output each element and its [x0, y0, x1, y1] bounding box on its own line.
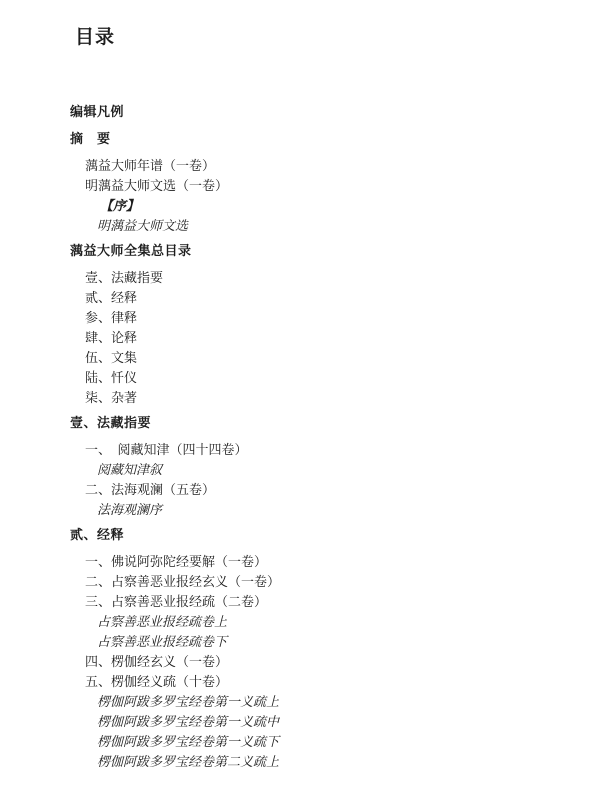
toc-entry: 一、 阅藏知津（四十四卷）	[70, 440, 560, 460]
toc-entry: 二、法海观澜（五卷）	[70, 480, 560, 500]
toc-entry: 参、律释	[70, 308, 560, 328]
toc-entry: 四、楞伽经玄义（一卷）	[70, 652, 560, 672]
toc-entry: 一、佛说阿弥陀经要解（一卷）	[70, 552, 560, 572]
toc-entry: 陆、忏仪	[70, 368, 560, 388]
toc-entry: 伍、文集	[70, 348, 560, 368]
toc-entry: 蕅益大师年谱（一卷）	[70, 156, 560, 176]
toc-entry: 楞伽阿跋多罗宝经卷第一义疏下	[70, 732, 560, 752]
toc-section-header: 蕅益大师全集总目录	[70, 241, 560, 261]
toc-entry: 明蕅益大师文选	[70, 216, 560, 236]
toc-entry: 法海观澜序	[70, 500, 560, 520]
toc-section-header: 摘 要	[70, 129, 560, 149]
toc-section-header: 编辑凡例	[70, 102, 560, 122]
toc-entry: 五、楞伽经义疏（十卷）	[70, 672, 560, 692]
toc-section-header: 壹、法藏指要	[70, 413, 560, 433]
toc-entry: 柒、杂著	[70, 388, 560, 408]
toc-entry: 阅藏知津叙	[70, 460, 560, 480]
toc-entry: 楞伽阿跋多罗宝经卷第二义疏上	[70, 752, 560, 772]
toc-entry: 肆、论释	[70, 328, 560, 348]
toc-entry: 明蕅益大师文选（一卷）	[70, 176, 560, 196]
toc-entry: 【序】	[70, 196, 560, 216]
toc-section-header: 贰、经释	[70, 525, 560, 545]
page-title: 目录	[75, 27, 560, 49]
toc-entry: 占察善恶业报经疏卷下	[70, 632, 560, 652]
document-page: 目录 编辑凡例摘 要蕅益大师年谱（一卷）明蕅益大师文选（一卷）【序】明蕅益大师文…	[0, 0, 600, 800]
toc-entry: 占察善恶业报经疏卷上	[70, 612, 560, 632]
toc-entry: 楞伽阿跋多罗宝经卷第一义疏上	[70, 692, 560, 712]
toc-entry: 楞伽阿跋多罗宝经卷第一义疏中	[70, 712, 560, 732]
toc-entry: 壹、法藏指要	[70, 268, 560, 288]
toc-entry: 二、占察善恶业报经玄义（一卷）	[70, 572, 560, 592]
toc-entry: 贰、经释	[70, 288, 560, 308]
toc-entry: 三、占察善恶业报经疏（二卷）	[70, 592, 560, 612]
toc-list: 编辑凡例摘 要蕅益大师年谱（一卷）明蕅益大师文选（一卷）【序】明蕅益大师文选蕅益…	[70, 102, 560, 772]
